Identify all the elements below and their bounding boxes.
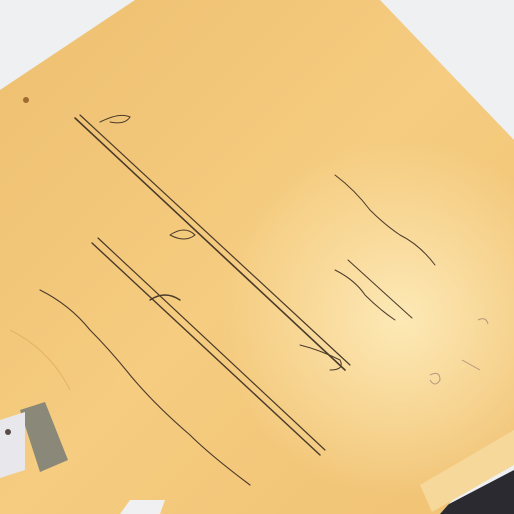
document-photo bbox=[0, 0, 514, 514]
